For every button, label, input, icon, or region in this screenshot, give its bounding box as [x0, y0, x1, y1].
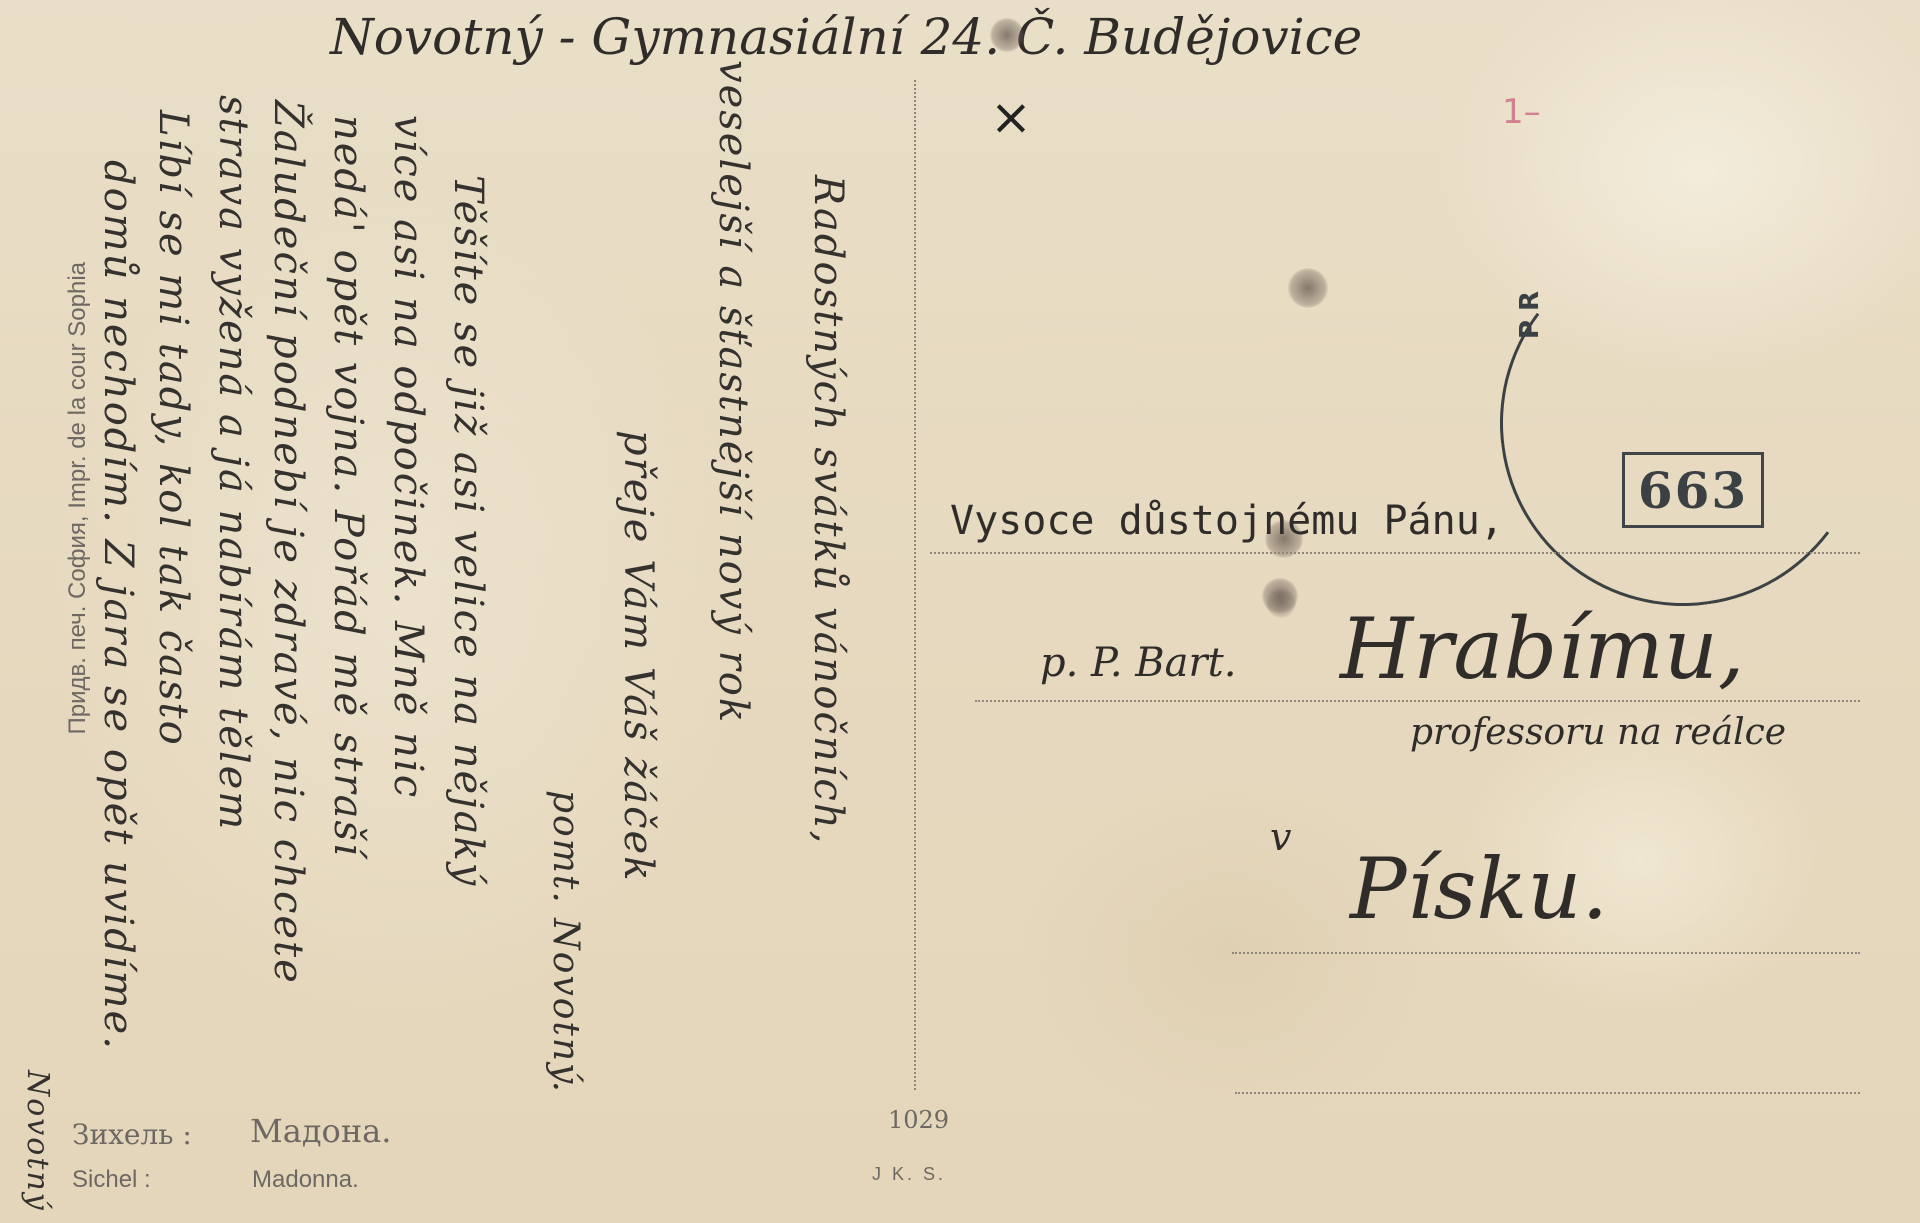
caption-latin-title: Madonna. — [252, 1166, 359, 1194]
address-line-3 — [1232, 952, 1860, 954]
postmark-circle — [1476, 216, 1889, 629]
message-col-11: domů nechodím. Z jara se opět uvidíme. — [95, 160, 141, 1051]
x-mark: × — [990, 88, 1032, 146]
address-salutation: Vysoce důstojnému Pánu, — [950, 498, 1504, 544]
address-line-2 — [975, 700, 1860, 702]
message-col-7: nedá' opět vojna. Pořád mě straší — [325, 115, 371, 858]
caption-latin-artist: Sichel : — [72, 1166, 151, 1194]
message-col-4: pomt. Novotný. — [545, 790, 586, 1094]
caption-cyrillic-title: Мадона. — [250, 1112, 391, 1150]
message-col-8: Žaludeční podnebí je zdravé, nic chcete — [265, 100, 311, 985]
address-recipient-name: Hrabímu, — [1340, 600, 1745, 698]
address-line-4 — [1235, 1092, 1860, 1094]
censor-number-box: 663 — [1622, 452, 1764, 528]
message-col-12: Novotný — [20, 1070, 55, 1212]
card-number: 1029 — [888, 1106, 949, 1134]
ink-stain — [1288, 268, 1328, 308]
address-city-prefix: v — [1270, 815, 1291, 859]
postcard-back: Novotný - Gymnasiální 24. Č. Budějovice … — [0, 0, 1920, 1223]
center-divider — [914, 80, 916, 1090]
sender-address-handwriting: Novotný - Gymnasiální 24. Č. Budějovice — [330, 8, 1362, 66]
message-col-10: Líbí se mi tady, kol tak často — [150, 110, 196, 747]
address-prefix: p. P. Bart. — [1040, 640, 1236, 686]
caption-cyrillic-artist: Зихель : — [72, 1118, 192, 1151]
message-col-9: strava vyžená a já nabírám tělem — [210, 95, 256, 831]
publisher-imprint: Придв. печ. София, Impr. de la cour Soph… — [64, 262, 92, 734]
ink-stain — [990, 18, 1024, 52]
message-col-5: Těšíte se již asi velice na nějaký — [445, 175, 491, 887]
ink-stain — [1266, 588, 1296, 618]
message-col-2: veselejší a šťastnější nový rok — [710, 60, 756, 724]
publisher-initials: J K. S. — [872, 1164, 946, 1185]
message-col-1: Radostných svátků vánočních, — [805, 175, 851, 845]
address-line-1 — [930, 552, 1860, 554]
address-city: Písku. — [1350, 840, 1608, 938]
postmark-partial-text: P R — [1515, 291, 1545, 339]
address-title: professoru na reálce — [1410, 712, 1786, 753]
censor-number: 663 — [1638, 461, 1748, 520]
message-col-6: více asi na odpočinek. Mně nic — [385, 115, 431, 799]
message-col-3: přeje Vám Váš žáček — [615, 430, 661, 882]
pink-pencil-mark: 1– — [1502, 92, 1541, 132]
